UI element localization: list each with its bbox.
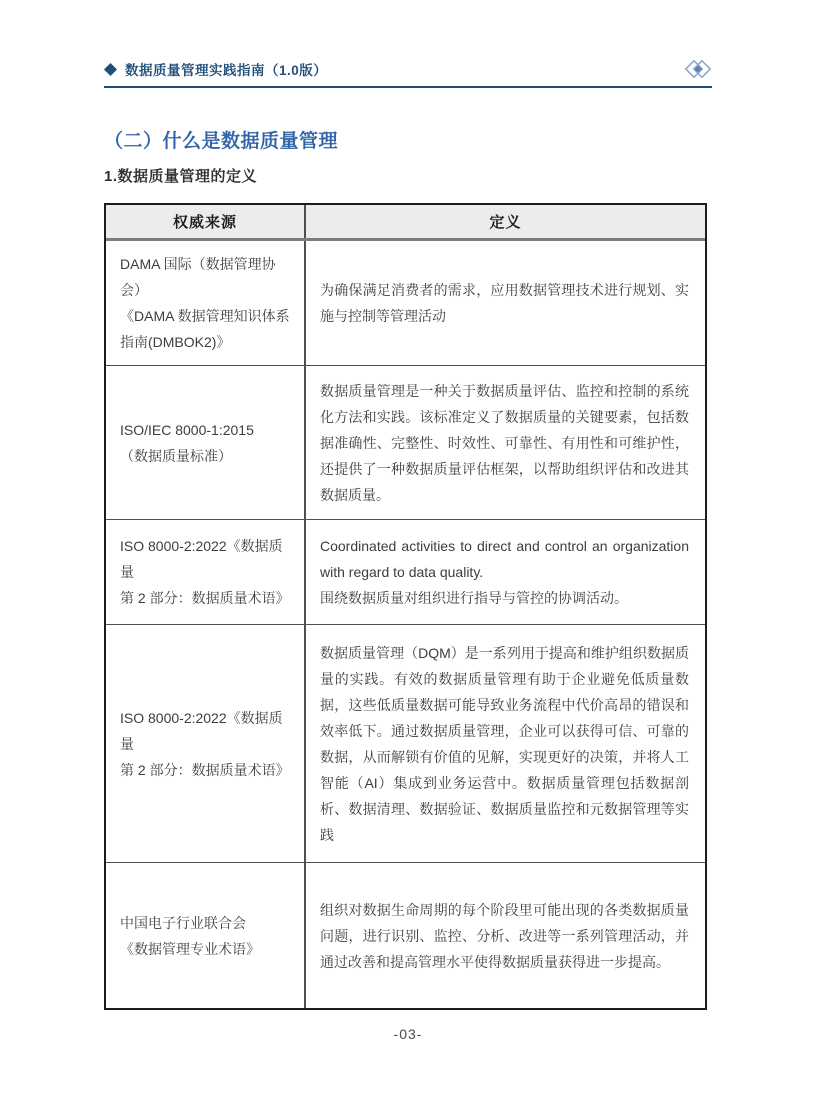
source-line: ISO/IEC 8000-1:2015 — [120, 417, 294, 443]
source-cell: DAMA 国际（数据管理协会）《DAMA 数据管理知识体系指南(DMBOK2)》 — [106, 241, 306, 365]
source-line: 《DAMA 数据管理知识体系指南(DMBOK2)》 — [120, 303, 294, 355]
definitions-table: 权威来源 定义 DAMA 国际（数据管理协会）《DAMA 数据管理知识体系指南(… — [104, 203, 707, 1010]
section-title: （二）什么是数据质量管理 — [104, 126, 338, 153]
page-number: -03- — [0, 1026, 816, 1042]
source-cell: ISO/IEC 8000-1:2015（数据质量标准） — [106, 366, 306, 519]
source-line: ISO 8000-2:2022《数据质量 — [120, 533, 294, 585]
definition-cell: 组织对数据生命周期的每个阶段里可能出现的各类数据质量问题，进行识别、监控、分析、… — [306, 863, 705, 1008]
table-body: DAMA 国际（数据管理协会）《DAMA 数据管理知识体系指南(DMBOK2)》… — [106, 241, 705, 1008]
source-line: （数据质量标准） — [120, 443, 294, 469]
definition-cell: 为确保满足消费者的需求，应用数据管理技术进行规划、实施与控制等管理活动 — [306, 241, 705, 365]
source-line: ISO 8000-2:2022《数据质量 — [120, 705, 294, 757]
definition-paragraph: 数据质量管理（DQM）是一系列用于提高和维护组织数据质量的实践。有效的数据质量管… — [320, 640, 689, 848]
column-header-definition: 定义 — [306, 205, 705, 238]
table-row: ISO 8000-2:2022《数据质量第 2 部分：数据质量术语》 数据质量管… — [106, 624, 705, 862]
source-line: 第 2 部分：数据质量术语》 — [120, 585, 294, 611]
subsection-title: 1.数据质量管理的定义 — [104, 165, 257, 186]
table-row: ISO/IEC 8000-1:2015（数据质量标准） 数据质量管理是一种关于数… — [106, 365, 705, 519]
document-title: 数据质量管理实践指南（1.0版） — [125, 59, 327, 79]
definition-paragraph: 数据质量管理是一种关于数据质量评估、监控和控制的系统化方法和实践。该标准定义了数… — [320, 378, 689, 508]
source-line: 中国电子行业联合会 — [120, 910, 294, 936]
table-row: DAMA 国际（数据管理协会）《DAMA 数据管理知识体系指南(DMBOK2)》… — [106, 241, 705, 365]
source-cell: ISO 8000-2:2022《数据质量第 2 部分：数据质量术语》 — [106, 625, 306, 862]
definition-paragraph: 组织对数据生命周期的每个阶段里可能出现的各类数据质量问题，进行识别、监控、分析、… — [320, 897, 689, 975]
definition-paragraph: 围绕数据质量对组织进行指导与管控的协调活动。 — [320, 585, 689, 611]
page-header: 数据质量管理实践指南（1.0版） — [104, 58, 712, 88]
source-cell: ISO 8000-2:2022《数据质量第 2 部分：数据质量术语》 — [106, 520, 306, 624]
table-header-row: 权威来源 定义 — [106, 205, 705, 241]
definition-paragraph: Coordinated activities to direct and con… — [320, 533, 689, 585]
definition-cell: 数据质量管理（DQM）是一系列用于提高和维护组织数据质量的实践。有效的数据质量管… — [306, 625, 705, 862]
definition-cell: 数据质量管理是一种关于数据质量评估、监控和控制的系统化方法和实践。该标准定义了数… — [306, 366, 705, 519]
header-left: 数据质量管理实践指南（1.0版） — [104, 59, 327, 79]
source-line: 第 2 部分：数据质量术语》 — [120, 757, 294, 783]
diamond-icon — [104, 63, 117, 76]
table-row: 中国电子行业联合会《数据管理专业术语》 组织对数据生命周期的每个阶段里可能出现的… — [106, 862, 705, 1008]
source-line: DAMA 国际（数据管理协会） — [120, 251, 294, 303]
table-row: ISO 8000-2:2022《数据质量第 2 部分：数据质量术语》 Coord… — [106, 519, 705, 624]
document-page: 数据质量管理实践指南（1.0版） （二）什么是数据质量管理 1.数据质量管理的定… — [0, 0, 816, 1100]
double-diamond-logo-icon — [684, 57, 712, 81]
definition-cell: Coordinated activities to direct and con… — [306, 520, 705, 624]
definition-paragraph: 为确保满足消费者的需求，应用数据管理技术进行规划、实施与控制等管理活动 — [320, 277, 689, 329]
column-header-source: 权威来源 — [106, 205, 306, 238]
source-line: 《数据管理专业术语》 — [120, 936, 294, 962]
source-cell: 中国电子行业联合会《数据管理专业术语》 — [106, 863, 306, 1008]
